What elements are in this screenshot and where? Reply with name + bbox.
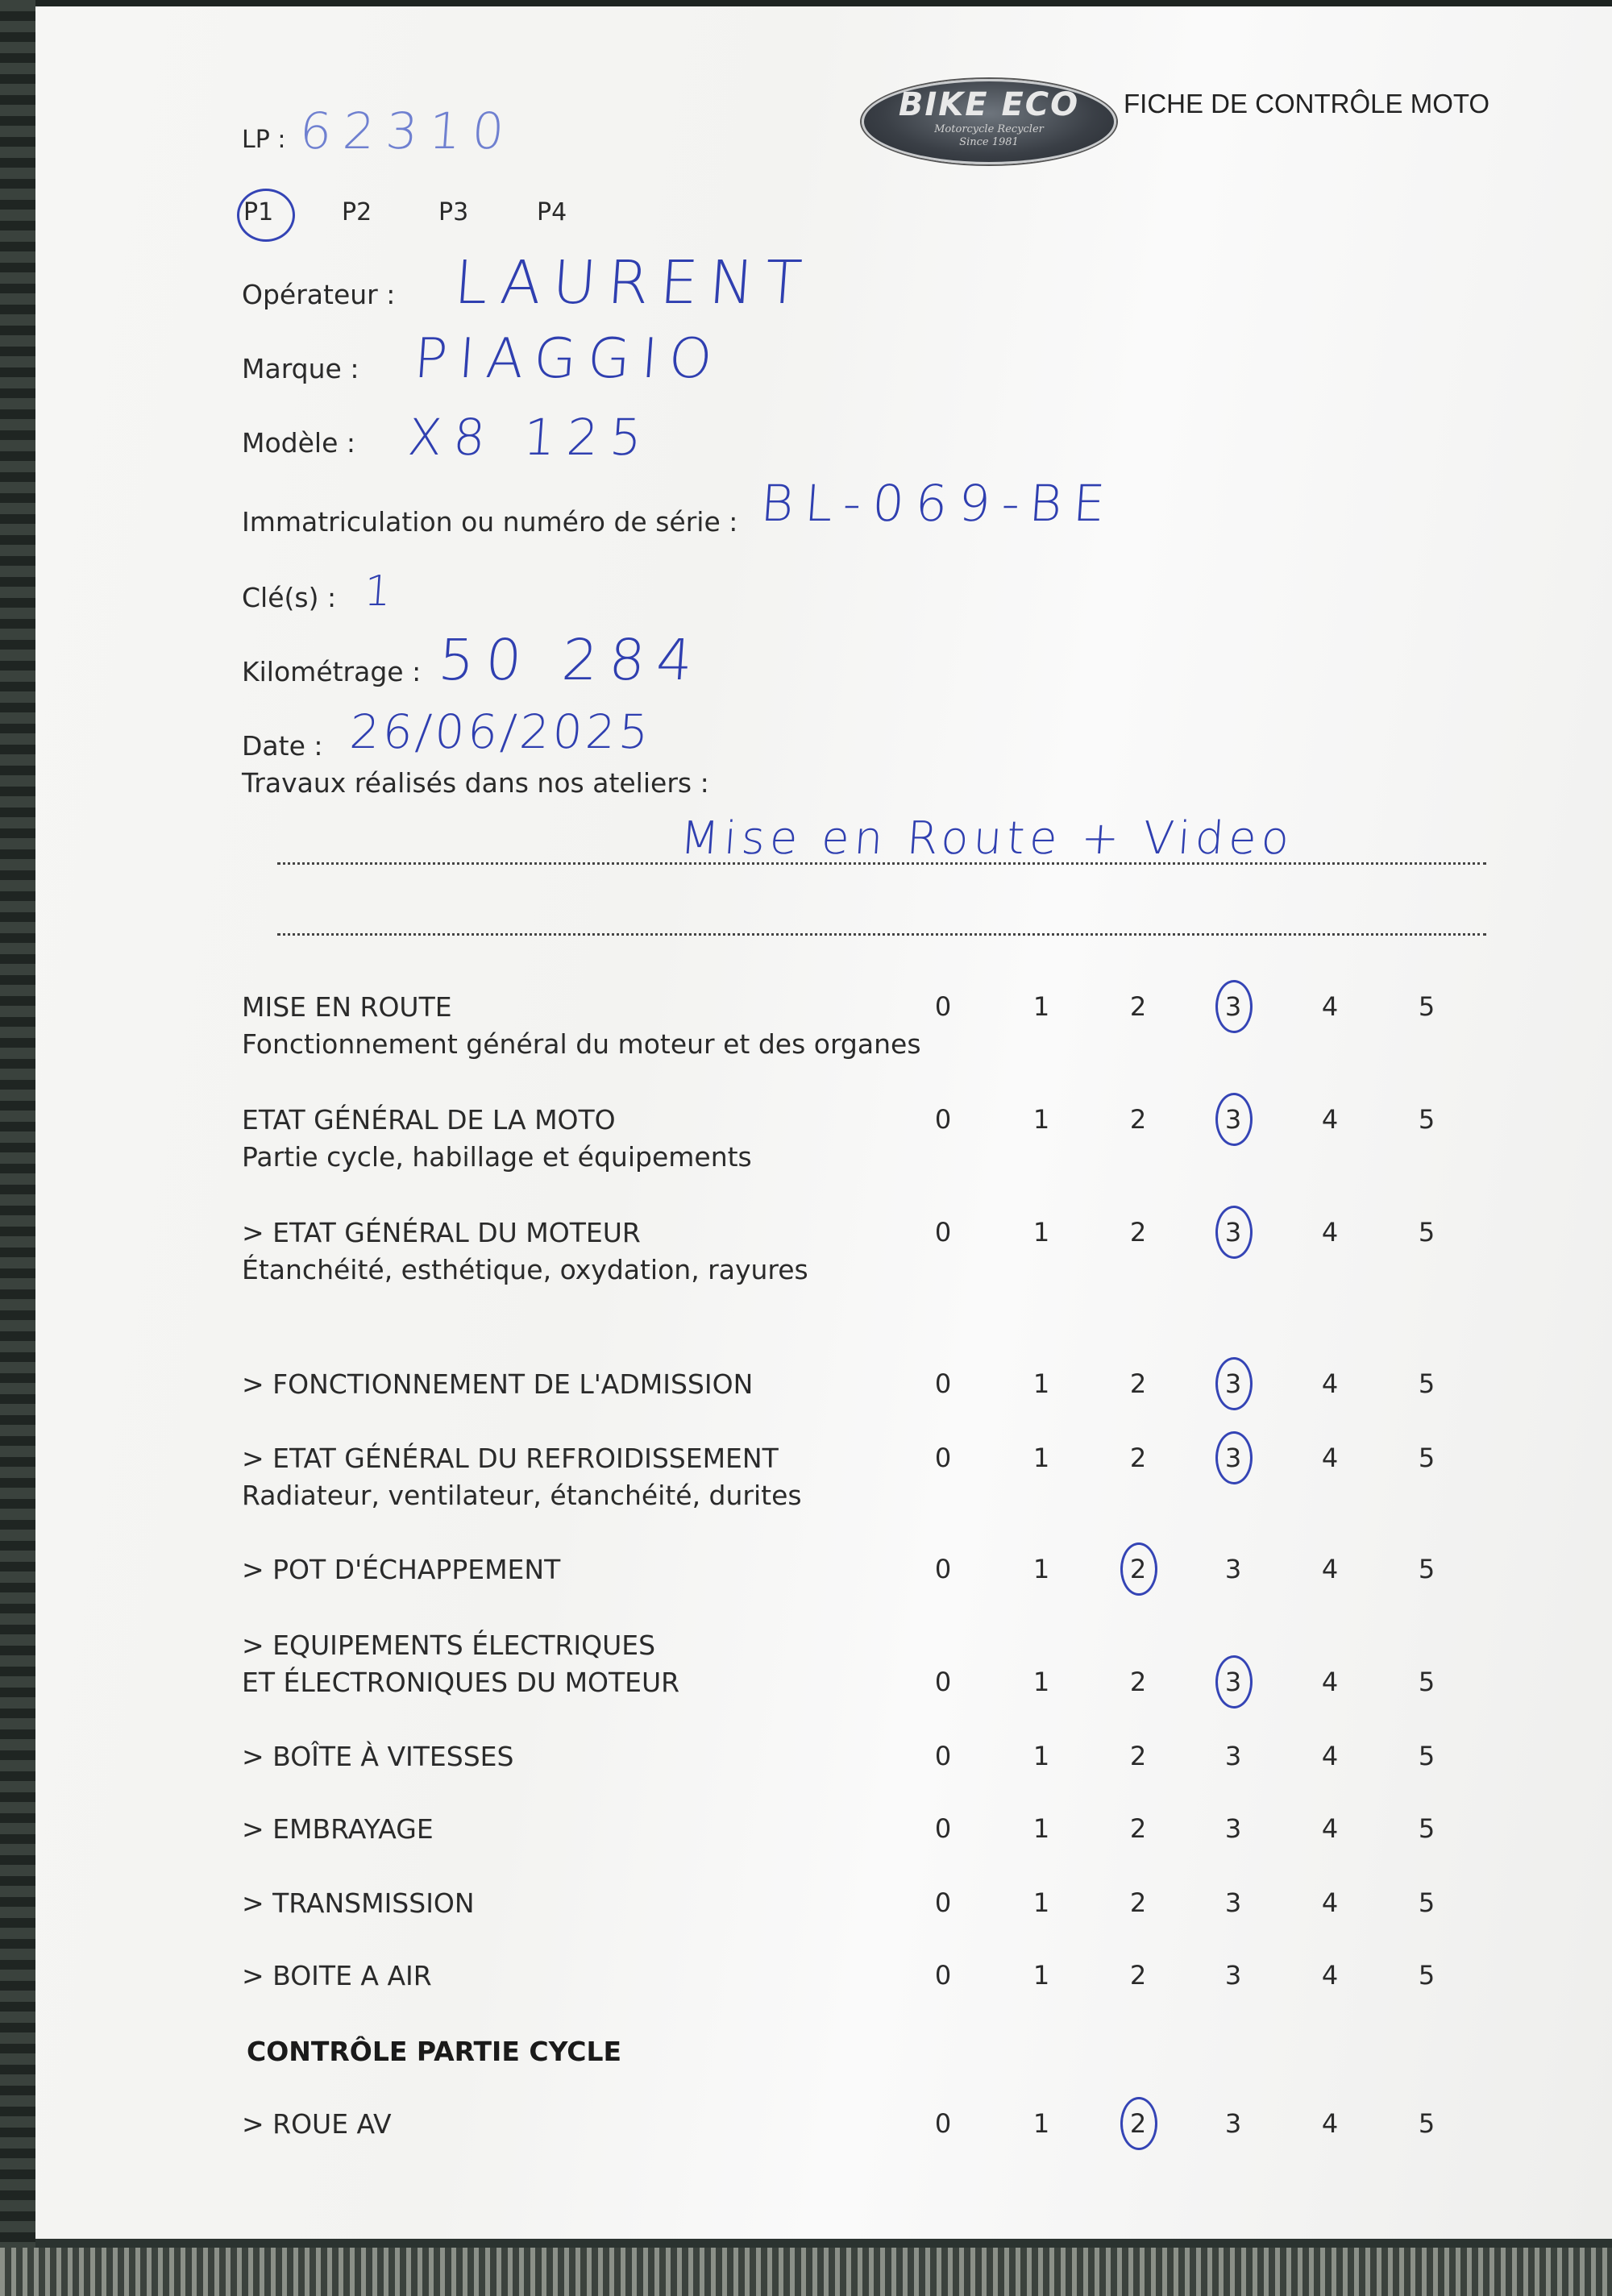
- binder-edge-bottom: [0, 2248, 1612, 2296]
- lp-label: LP :: [242, 126, 285, 154]
- checklist-row-10-title: > BOITE A AIR: [242, 1960, 432, 1991]
- checklist-row-9-score-2[interactable]: 2: [1122, 1887, 1154, 1918]
- checklist-row-4-title: > ETAT GÉNÉRAL DU REFROIDISSEMENT: [242, 1443, 779, 1474]
- checklist-row-10-score-3[interactable]: 3: [1217, 1960, 1249, 1991]
- modele-value[interactable]: X8 125: [405, 408, 654, 467]
- checklist-row-10-score-2[interactable]: 2: [1122, 1960, 1154, 1991]
- checklist-row-7-score-0[interactable]: 0: [927, 1741, 959, 1771]
- checklist-row-8-score-1[interactable]: 1: [1025, 1813, 1057, 1844]
- checklist-row-8-score-5[interactable]: 5: [1410, 1813, 1443, 1844]
- checklist-row-8-score-4[interactable]: 4: [1314, 1813, 1346, 1844]
- operateur-value[interactable]: LAURENT: [452, 248, 815, 318]
- checklist-row-4-score-3[interactable]: 3: [1217, 1443, 1249, 1473]
- checklist-row-0-score-1[interactable]: 1: [1025, 991, 1057, 1022]
- marque-value[interactable]: PIAGGIO: [412, 327, 725, 391]
- cycle-row-0-score-5[interactable]: 5: [1410, 2108, 1443, 2139]
- checklist-row-2-score-4[interactable]: 4: [1314, 1217, 1346, 1248]
- checklist-row-1-score-2[interactable]: 2: [1122, 1104, 1154, 1135]
- checklist-row-4-subtitle: Radiateur, ventilateur, étanchéité, duri…: [242, 1480, 802, 1511]
- checklist-row-2-score-5[interactable]: 5: [1410, 1217, 1443, 1248]
- cycle-row-0-score-0[interactable]: 0: [927, 2108, 959, 2139]
- checklist-row-5-title: > POT D'ÉCHAPPEMENT: [242, 1554, 560, 1585]
- checklist-row-2-score-0[interactable]: 0: [927, 1217, 959, 1248]
- checklist-row-1-score-0[interactable]: 0: [927, 1104, 959, 1135]
- checklist-row-7-title: > BOÎTE À VITESSES: [242, 1741, 513, 1772]
- checklist-row-0-title: MISE EN ROUTE: [242, 991, 452, 1023]
- travaux-label: Travaux réalisés dans nos ateliers :: [242, 767, 709, 799]
- checklist-row-7-score-3[interactable]: 3: [1217, 1741, 1249, 1771]
- checklist-row-0-score-3[interactable]: 3: [1217, 991, 1249, 1022]
- checklist-row-5-score-4[interactable]: 4: [1314, 1554, 1346, 1584]
- cycle-section-heading: CONTRÔLE PARTIE CYCLE: [247, 2036, 621, 2067]
- checklist-row-3-score-2[interactable]: 2: [1122, 1368, 1154, 1399]
- marque-label: Marque :: [242, 353, 359, 384]
- travaux-line-2: [277, 933, 1486, 936]
- lp-value[interactable]: 62310: [297, 102, 517, 160]
- checklist-row-5-score-3[interactable]: 3: [1217, 1554, 1249, 1584]
- immatriculation-label: Immatriculation ou numéro de série :: [242, 506, 737, 538]
- travaux-line-1: [277, 862, 1486, 865]
- checklist-row-0-score-4[interactable]: 4: [1314, 991, 1346, 1022]
- checklist-row-2-score-1[interactable]: 1: [1025, 1217, 1057, 1248]
- checklist-row-10-score-4[interactable]: 4: [1314, 1960, 1346, 1991]
- checklist-row-4-score-5[interactable]: 5: [1410, 1443, 1443, 1473]
- checklist-row-3-title: > FONCTIONNEMENT DE L'ADMISSION: [242, 1368, 753, 1400]
- checklist-row-10-score-1[interactable]: 1: [1025, 1960, 1057, 1991]
- checklist-row-7-score-4[interactable]: 4: [1314, 1741, 1346, 1771]
- checklist-row-4-score-4[interactable]: 4: [1314, 1443, 1346, 1473]
- checklist-row-4-score-1[interactable]: 1: [1025, 1443, 1057, 1473]
- logo-brand: BIKE ECO: [864, 86, 1114, 123]
- checklist-row-8-title: > EMBRAYAGE: [242, 1813, 434, 1845]
- checklist-row-10-score-5[interactable]: 5: [1410, 1960, 1443, 1991]
- checklist-row-2-score-3[interactable]: 3: [1217, 1217, 1249, 1248]
- checklist-row-1-score-3[interactable]: 3: [1217, 1104, 1249, 1135]
- immatriculation-value[interactable]: BL-069-BE: [758, 474, 1118, 533]
- checklist-row-9-score-3[interactable]: 3: [1217, 1887, 1249, 1918]
- operateur-label: Opérateur :: [242, 279, 395, 310]
- checklist-row-1-subtitle: Partie cycle, habillage et équipements: [242, 1141, 752, 1173]
- kilometrage-value[interactable]: 50 284: [436, 627, 706, 693]
- cycle-row-0-score-2[interactable]: 2: [1122, 2108, 1154, 2139]
- checklist-row-3-score-5[interactable]: 5: [1410, 1368, 1443, 1399]
- checklist-row-6-score-0[interactable]: 0: [927, 1667, 959, 1697]
- checklist-row-6-score-4[interactable]: 4: [1314, 1667, 1346, 1697]
- checklist-row-0-score-5[interactable]: 5: [1410, 991, 1443, 1022]
- checklist-row-6-score-3[interactable]: 3: [1217, 1667, 1249, 1697]
- cycle-row-0-title: > ROUE AV: [242, 2108, 392, 2140]
- sheet-title: FICHE DE CONTRÔLE MOTO: [1124, 89, 1489, 119]
- kilometrage-label: Kilométrage :: [242, 656, 421, 687]
- travaux-value[interactable]: Mise en Route + Video: [679, 812, 1296, 865]
- checklist-row-8-score-0[interactable]: 0: [927, 1813, 959, 1844]
- checklist-row-9-title: > TRANSMISSION: [242, 1887, 475, 1919]
- control-sheet: BIKE ECO Motorcycle Recycler Since 1981 …: [35, 6, 1612, 2239]
- position-option-p3[interactable]: P3: [438, 198, 468, 226]
- checklist-row-8-score-2[interactable]: 2: [1122, 1813, 1154, 1844]
- checklist-row-4-score-0[interactable]: 0: [927, 1443, 959, 1473]
- position-option-p2[interactable]: P2: [342, 198, 372, 226]
- checklist-row-7-score-2[interactable]: 2: [1122, 1741, 1154, 1771]
- date-value[interactable]: 26/06/2025: [348, 704, 654, 759]
- checklist-row-5-score-1[interactable]: 1: [1025, 1554, 1057, 1584]
- checklist-row-9-score-0[interactable]: 0: [927, 1887, 959, 1918]
- position-option-p4[interactable]: P4: [537, 198, 567, 226]
- binder-edge-left: [0, 0, 35, 2296]
- modele-label: Modèle :: [242, 427, 355, 459]
- checklist-row-2-title: > ETAT GÉNÉRAL DU MOTEUR: [242, 1217, 641, 1248]
- logo-tagline: Motorcycle Recycler: [864, 123, 1114, 136]
- checklist-row-4-score-2[interactable]: 2: [1122, 1443, 1154, 1473]
- date-label: Date :: [242, 730, 322, 762]
- checklist-row-10-score-0[interactable]: 0: [927, 1960, 959, 1991]
- checklist-row-9-score-4[interactable]: 4: [1314, 1887, 1346, 1918]
- checklist-row-7-score-5[interactable]: 5: [1410, 1741, 1443, 1771]
- checklist-row-6-score-1[interactable]: 1: [1025, 1667, 1057, 1697]
- checklist-row-2-subtitle: Étanchéité, esthétique, oxydation, rayur…: [242, 1254, 808, 1285]
- checklist-row-1-score-5[interactable]: 5: [1410, 1104, 1443, 1135]
- checklist-row-6-score-2[interactable]: 2: [1122, 1667, 1154, 1697]
- cles-value[interactable]: 1: [363, 567, 404, 616]
- binder-edge-top: [35, 0, 1612, 6]
- checklist-row-6-title-line2: ET ÉLECTRONIQUES DU MOTEUR: [242, 1667, 679, 1698]
- checklist-row-0-score-0[interactable]: 0: [927, 991, 959, 1022]
- cles-label: Clé(s) :: [242, 582, 336, 613]
- cycle-row-0-score-1[interactable]: 1: [1025, 2108, 1057, 2139]
- checklist-row-6-score-5[interactable]: 5: [1410, 1667, 1443, 1697]
- logo-since: Since 1981: [864, 136, 1114, 149]
- checklist-row-8-score-3[interactable]: 3: [1217, 1813, 1249, 1844]
- checklist-row-5-score-0[interactable]: 0: [927, 1554, 959, 1584]
- checklist-row-7-score-1[interactable]: 1: [1025, 1741, 1057, 1771]
- bike-eco-logo: BIKE ECO Motorcycle Recycler Since 1981: [862, 79, 1116, 164]
- checklist-row-2-score-2[interactable]: 2: [1122, 1217, 1154, 1248]
- checklist-row-3-score-3[interactable]: 3: [1217, 1368, 1249, 1399]
- checklist-row-5-score-5[interactable]: 5: [1410, 1554, 1443, 1584]
- cycle-row-0-score-3[interactable]: 3: [1217, 2108, 1249, 2139]
- checklist-row-3-score-1[interactable]: 1: [1025, 1368, 1057, 1399]
- checklist-row-1-title: ETAT GÉNÉRAL DE LA MOTO: [242, 1104, 616, 1136]
- checklist-row-3-score-0[interactable]: 0: [927, 1368, 959, 1399]
- checklist-row-0-subtitle: Fonctionnement général du moteur et des …: [242, 1028, 921, 1060]
- checklist-row-9-score-1[interactable]: 1: [1025, 1887, 1057, 1918]
- cycle-row-0-score-4[interactable]: 4: [1314, 2108, 1346, 2139]
- checklist-row-9-score-5[interactable]: 5: [1410, 1887, 1443, 1918]
- checklist-row-1-score-1[interactable]: 1: [1025, 1104, 1057, 1135]
- checklist-row-0-score-2[interactable]: 2: [1122, 991, 1154, 1022]
- checklist-row-5-score-2[interactable]: 2: [1122, 1554, 1154, 1584]
- checklist-row-1-score-4[interactable]: 4: [1314, 1104, 1346, 1135]
- checklist-row-6-title: > EQUIPEMENTS ÉLECTRIQUES: [242, 1630, 655, 1661]
- position-option-p1[interactable]: P1: [243, 198, 273, 226]
- checklist-row-3-score-4[interactable]: 4: [1314, 1368, 1346, 1399]
